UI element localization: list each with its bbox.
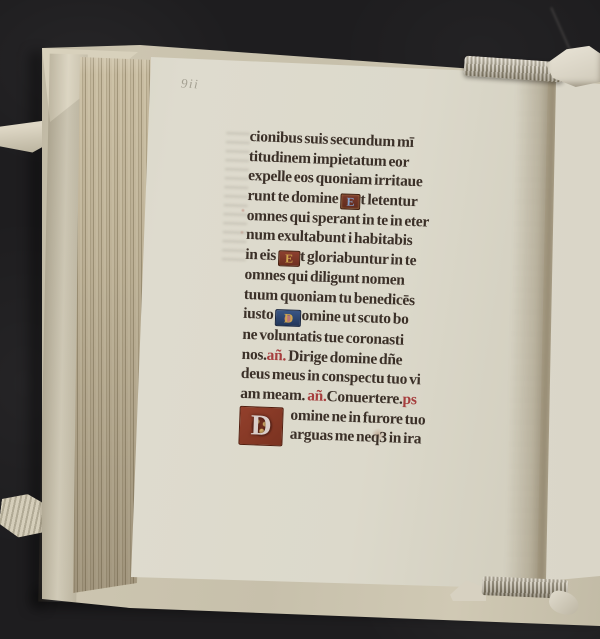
illuminated-initial: E xyxy=(340,193,361,210)
manuscript-text-block: cionibus suis secundum mītitudinem impie… xyxy=(238,127,471,452)
pencil-folio-number: 9ii xyxy=(181,76,200,93)
script-text: in eis xyxy=(245,246,278,264)
rubric: añ. xyxy=(266,347,286,365)
script-text: arguas me neq3 in ira xyxy=(289,426,421,448)
script-text: t gloriabuntur in te xyxy=(300,248,417,269)
script-text: iusto xyxy=(243,305,276,323)
illuminated-initial: E xyxy=(278,250,301,267)
rubric: ps xyxy=(402,391,417,409)
illuminated-initial-large: D xyxy=(238,405,283,446)
manuscript-photo: 9ii cionibus suis secundum mītitudinem i… xyxy=(0,0,600,639)
illuminated-initial: D xyxy=(275,309,302,327)
script-text: Dirige domine dñe xyxy=(286,347,403,368)
script-text: Conuertere. xyxy=(326,388,403,408)
script-text: omine ut scuto bo xyxy=(301,307,409,328)
script-text: nos. xyxy=(241,346,267,364)
script-text: am meam. xyxy=(240,385,308,404)
initial-line-group: Domine ne in furore tuoarguas me neq3 in… xyxy=(238,403,461,450)
rubric: añ. xyxy=(307,387,327,405)
script-text: t letentur xyxy=(360,191,418,210)
script-text: runt te domine xyxy=(247,187,341,207)
